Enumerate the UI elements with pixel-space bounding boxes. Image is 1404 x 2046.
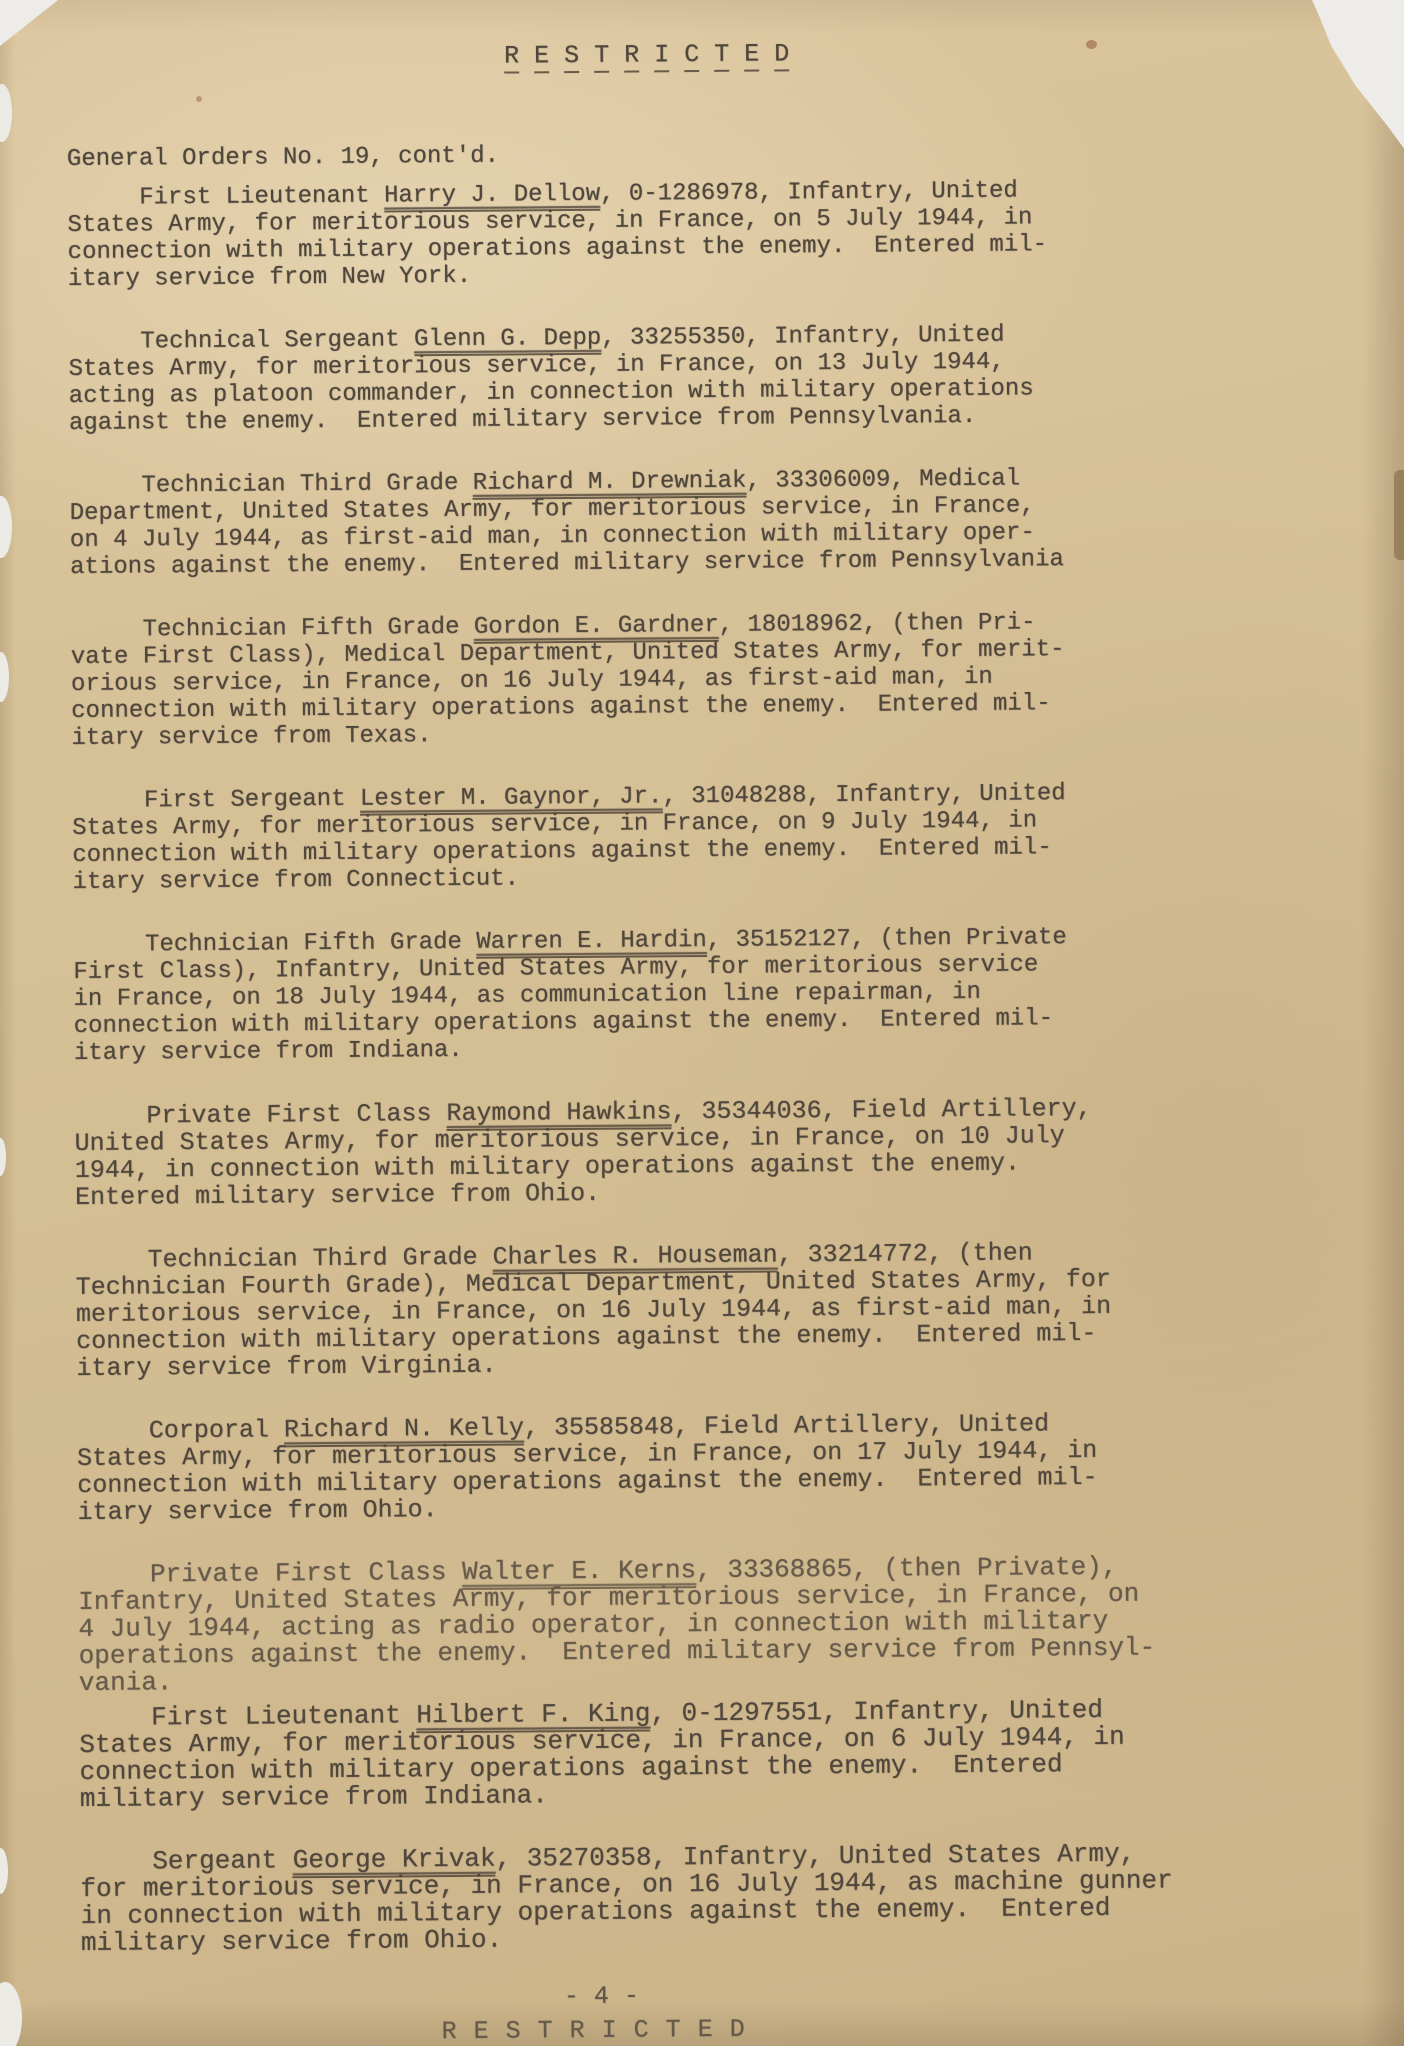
classification-letter: T: [537, 2017, 552, 2044]
classification-letter: R: [569, 2017, 584, 2044]
scanned-text-block: RESTRICTED General Orders No. 19, cont'd…: [66, 36, 1382, 2046]
order-paragraph: Technician Fifth Grade Warren E. Hardin,…: [73, 922, 1374, 1067]
classification-bottom: RESTRICTED: [82, 2013, 1122, 2046]
edge-smudge: [1394, 470, 1404, 560]
classification-letter: D: [730, 2016, 745, 2043]
paper-stain-dot: [1086, 40, 1097, 49]
serial-text: , 33306009, Medical: [746, 466, 1020, 495]
order-paragraph: Technician Third Grade Charles R. Housem…: [75, 1237, 1376, 1382]
order-paragraph: Technical Sergeant Glenn G. Depp, 332553…: [68, 319, 1369, 437]
order-paragraph: First Sergeant Lester M. Gaynor, Jr., 31…: [72, 778, 1373, 896]
rank-text: Corporal: [149, 1415, 284, 1445]
rank-text: Technical Sergeant: [140, 326, 414, 355]
order-paragraph: Sergeant George Krivak, 35270358, Infant…: [80, 1839, 1381, 1957]
order-paragraph: Corporal Richard N. Kelly, 35585848, Fie…: [77, 1408, 1378, 1526]
serial-text: , 33255350, Infantry, United: [601, 322, 1004, 352]
order-paragraph: Private First Class Walter E. Kerns, 333…: [78, 1552, 1379, 1697]
classification-letter: S: [564, 42, 579, 73]
classification-letter: E: [698, 2016, 713, 2043]
rank-text: Technician Fifth Grade: [142, 614, 473, 644]
classification-letter: T: [714, 41, 729, 72]
order-paragraph: First Lieutenant Harry J. Dellow, 0-1286…: [67, 175, 1368, 293]
classification-letter: E: [473, 2018, 488, 2045]
rank-text: Technician Fifth Grade: [145, 929, 476, 959]
rank-text: First Sergeant: [144, 786, 360, 815]
classification-letter: S: [505, 2017, 520, 2044]
classification-top: RESTRICTED: [504, 36, 1366, 73]
paper-tear-spot: [0, 1138, 6, 1176]
classification-letter: E: [534, 42, 549, 73]
classification-letter: I: [601, 2017, 616, 2044]
paper-stain-dot: [196, 96, 202, 102]
classification-letter: C: [684, 41, 699, 72]
paper-tear-spot: [0, 84, 12, 142]
order-paragraph: First Lieutenant Hilbert F. King, 0-1297…: [79, 1695, 1380, 1813]
classification-letter: E: [744, 41, 759, 72]
classification-letter: R: [504, 42, 519, 73]
general-orders-heading: General Orders No. 19, cont'd.: [67, 136, 1367, 173]
order-paragraph: Technician Fifth Grade Gordon E. Gardner…: [70, 607, 1371, 752]
serial-text: , 35152127, (then Private: [707, 924, 1067, 954]
paper-tear-spot: [0, 1848, 8, 1894]
serial-text: , 18018962, (then Pri-: [719, 609, 1036, 638]
paper-tear-spot: [0, 652, 9, 702]
rank-text: Technician Third Grade: [141, 470, 472, 500]
torn-corner-top-left: [0, 0, 58, 46]
rank-text: First Lieutenant: [139, 183, 384, 212]
serial-text: , 31048288, Infantry, United: [662, 780, 1065, 810]
paper-tear-spot: [0, 1982, 22, 2046]
page-number: - 4 -: [81, 1979, 1121, 2014]
document-page: RESTRICTED General Orders No. 19, cont'd…: [0, 0, 1404, 2046]
orders-list: First Lieutenant Harry J. Dellow, 0-1286…: [67, 175, 1381, 1957]
classification-letter: R: [624, 41, 639, 72]
classification-letter: D: [774, 40, 789, 71]
classification-letter: I: [654, 41, 669, 72]
serial-text: , 0-1286978, Infantry, United: [600, 178, 1018, 208]
classification-letter: T: [666, 2016, 681, 2043]
classification-letter: R: [441, 2018, 456, 2045]
order-paragraph: Technician Third Grade Richard M. Drewni…: [69, 463, 1370, 581]
classification-letter: T: [594, 42, 609, 73]
classification-letter: C: [634, 2016, 649, 2043]
paper-tear-spot: [0, 496, 12, 558]
order-paragraph: Private First Class Raymond Hawkins, 353…: [74, 1093, 1375, 1211]
